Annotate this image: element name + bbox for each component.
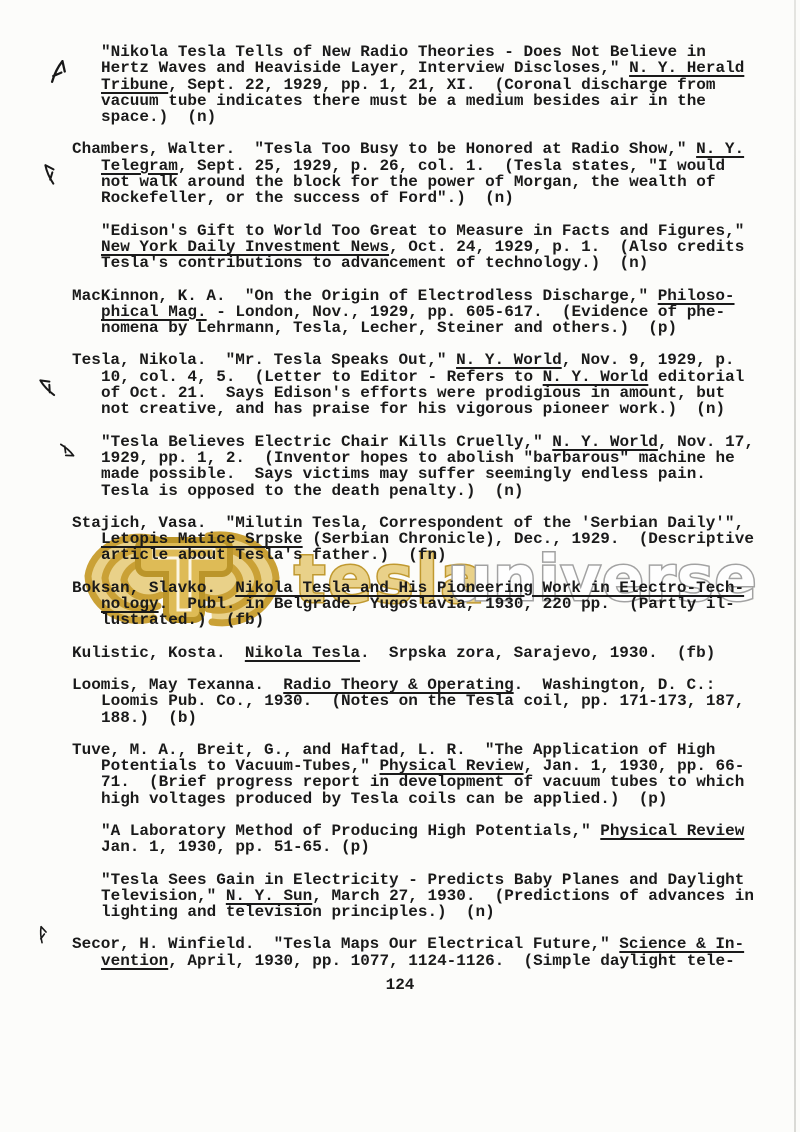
- entry-line: not creative, and has praise for his vig…: [101, 401, 778, 417]
- entry-text: made possible. Says victims may suffer s…: [101, 465, 706, 483]
- entry-text: . Publ. in Belgrade, Yugoslavia, 1930, 2…: [159, 595, 735, 613]
- entry-text: "A Laboratory Method of Producing High P…: [101, 822, 600, 840]
- entry-line: Tesla's contributions to advancement of …: [101, 255, 778, 271]
- bibliography-entry: Secor, H. Winfield. "Tesla Maps Our Elec…: [72, 936, 778, 969]
- entry-line: Potentials to Vacuum-Tubes," Physical Re…: [101, 758, 778, 774]
- publication-title: Tribune: [101, 76, 168, 94]
- publication-title: vention: [101, 952, 168, 970]
- entry-line: not walk around the block for the power …: [101, 174, 778, 190]
- entry-text: , Sept. 25, 1929, p. 26, col. 1. (Tesla …: [178, 157, 725, 175]
- entry-text: Jan. 1, 1930, pp. 51-65. (p): [101, 838, 370, 856]
- entry-text: Television,": [101, 887, 226, 905]
- page-number: 124: [0, 976, 800, 994]
- entry-text: . Washington, D. C.:: [514, 676, 716, 694]
- publication-title: N. Y.: [696, 140, 744, 158]
- publication-title: N. Y. Herald: [629, 59, 744, 77]
- entry-line: "Tesla Believes Electric Chair Kills Cru…: [101, 434, 778, 450]
- bibliography-entry: Stajich, Vasa. "Milutin Tesla, Correspon…: [72, 515, 778, 564]
- entry-text: , March 27, 1930. (Predictions of advanc…: [312, 887, 754, 905]
- entry-line: nomena by Lehrmann, Tesla, Lecher, Stein…: [101, 320, 778, 336]
- entry-text: Tesla is opposed to the death penalty.) …: [101, 482, 523, 500]
- entry-text: Hertz Waves and Heaviside Layer, Intervi…: [101, 59, 629, 77]
- entry-line: 71. (Brief progress report in developmen…: [101, 774, 778, 790]
- entry-line: Boksan, Slavko. Nikola Tesla and His Pio…: [72, 580, 778, 596]
- entry-text: Tuve, M. A., Breit, G., and Haftad, L. R…: [72, 741, 715, 759]
- entry-text: Boksan, Slavko.: [72, 579, 235, 597]
- entry-line: "Nikola Tesla Tells of New Radio Theorie…: [101, 44, 778, 60]
- entry-text: "Tesla Sees Gain in Electricity - Predic…: [101, 871, 744, 889]
- entry-text: MacKinnon, K. A. "On the Origin of Elect…: [72, 287, 658, 305]
- entry-line: vacuum tube indicates there must be a me…: [101, 93, 778, 109]
- entry-line: Chambers, Walter. "Tesla Too Busy to be …: [72, 141, 778, 157]
- entry-line: high voltages produced by Tesla coils ca…: [101, 791, 778, 807]
- entry-text: article about Tesla's father.) (fn): [101, 546, 447, 564]
- publication-title: Telegram: [101, 157, 178, 175]
- entry-text: 188.) (b): [101, 709, 197, 727]
- publication-title: New York Daily Investment News: [101, 238, 389, 256]
- publication-title: Letopis Matice Srpske: [101, 530, 303, 548]
- entry-text: Stajich, Vasa. "Milutin Tesla, Correspon…: [72, 514, 744, 532]
- publication-title: nology: [101, 595, 159, 613]
- bibliography-entry: "Tesla Sees Gain in Electricity - Predic…: [72, 872, 778, 921]
- entry-text: 71. (Brief progress report in developmen…: [101, 773, 744, 791]
- entry-text: space.) (n): [101, 108, 216, 126]
- entry-text: Kulistic, Kosta.: [72, 644, 245, 662]
- entry-line: phical Mag. - London, Nov., 1929, pp. 60…: [101, 304, 778, 320]
- entry-text: editorial: [648, 368, 744, 386]
- entry-line: made possible. Says victims may suffer s…: [101, 466, 778, 482]
- entry-line: Rockefeller, or the success of Ford".) (…: [101, 190, 778, 206]
- scan-edge-artifact: [794, 0, 796, 1132]
- entry-line: Tesla, Nikola. "Mr. Tesla Speaks Out," N…: [72, 352, 778, 368]
- publication-title: Science & In-: [619, 935, 744, 953]
- bibliography-entry: Kulistic, Kosta. Nikola Tesla. Srpska zo…: [72, 645, 778, 661]
- entry-text: - London, Nov., 1929, pp. 605-617. (Evid…: [207, 303, 725, 321]
- entry-text: , Jan. 1, 1930, pp. 66-: [523, 757, 744, 775]
- entry-line: "A Laboratory Method of Producing High P…: [101, 823, 778, 839]
- bibliography: "Nikola Tesla Tells of New Radio Theorie…: [72, 44, 778, 985]
- entry-line: nology. Publ. in Belgrade, Yugoslavia, 1…: [101, 596, 778, 612]
- publication-title: Nikola Tesla: [245, 644, 360, 662]
- entry-line: Television," N. Y. Sun, March 27, 1930. …: [101, 888, 778, 904]
- entry-text: Rockefeller, or the success of Ford".) (…: [101, 189, 514, 207]
- entry-text: not walk around the block for the power …: [101, 173, 716, 191]
- entry-line: Secor, H. Winfield. "Tesla Maps Our Elec…: [72, 936, 778, 952]
- entry-line: New York Daily Investment News, Oct. 24,…: [101, 239, 778, 255]
- entry-text: "Nikola Tesla Tells of New Radio Theorie…: [101, 43, 706, 61]
- entry-line: lustrated.) (fb): [101, 612, 778, 628]
- entry-text: Secor, H. Winfield. "Tesla Maps Our Elec…: [72, 935, 619, 953]
- entry-text: 1929, pp. 1, 2. (Inventor hopes to aboli…: [101, 449, 735, 467]
- publication-title: Philoso-: [658, 287, 735, 305]
- entry-text: lighting and television principles.) (n): [101, 903, 495, 921]
- entry-text: vacuum tube indicates there must be a me…: [101, 92, 706, 110]
- publication-title: Radio Theory & Operating: [283, 676, 513, 694]
- handwritten-margin-mark: [32, 924, 55, 950]
- entry-text: (Serbian Chronicle), Dec., 1929. (Descri…: [303, 530, 754, 548]
- entry-line: space.) (n): [101, 109, 778, 125]
- entry-text: , Oct. 24, 1929, p. 1. (Also credits: [389, 238, 744, 256]
- entry-line: vention, April, 1930, pp. 1077, 1124-112…: [101, 953, 778, 969]
- entry-line: Kulistic, Kosta. Nikola Tesla. Srpska zo…: [72, 645, 778, 661]
- publication-title: Physical Review: [379, 757, 523, 775]
- entry-text: "Edison's Gift to World Too Great to Mea…: [101, 222, 744, 240]
- entry-text: Tesla's contributions to advancement of …: [101, 254, 648, 272]
- handwritten-margin-mark: [35, 374, 67, 400]
- bibliography-entry: MacKinnon, K. A. "On the Origin of Elect…: [72, 288, 778, 337]
- entry-line: lighting and television principles.) (n): [101, 904, 778, 920]
- publication-title: N. Y. World: [456, 351, 562, 369]
- publication-title: Nikola Tesla and His Pioneering Work in …: [235, 579, 744, 597]
- entry-text: "Tesla Believes Electric Chair Kills Cru…: [101, 433, 552, 451]
- publication-title: N. Y. World: [552, 433, 658, 451]
- entry-line: Hertz Waves and Heaviside Layer, Intervi…: [101, 60, 778, 76]
- entry-text: . Srpska zora, Sarajevo, 1930. (fb): [360, 644, 715, 662]
- entry-text: , Sept. 22, 1929, pp. 1, 21, XI. (Corona…: [168, 76, 715, 94]
- bibliography-entry: Tesla, Nikola. "Mr. Tesla Speaks Out," N…: [72, 352, 778, 417]
- entry-line: 188.) (b): [101, 710, 778, 726]
- entry-text: , Nov. 17,: [658, 433, 754, 451]
- entry-line: Stajich, Vasa. "Milutin Tesla, Correspon…: [72, 515, 778, 531]
- entry-line: 10, col. 4, 5. (Letter to Editor - Refer…: [101, 369, 778, 385]
- handwritten-margin-mark: [49, 60, 70, 91]
- publication-title: N. Y. Sun: [226, 887, 312, 905]
- entry-text: , Nov. 9, 1929, p.: [562, 351, 735, 369]
- entry-line: Loomis Pub. Co., 1930. (Notes on the Tes…: [101, 693, 778, 709]
- entry-text: Chambers, Walter. "Tesla Too Busy to be …: [72, 140, 696, 158]
- entry-line: Letopis Matice Srpske (Serbian Chronicle…: [101, 531, 778, 547]
- entry-text: , April, 1930, pp. 1077, 1124-1126. (Sim…: [168, 952, 735, 970]
- entry-line: Telegram, Sept. 25, 1929, p. 26, col. 1.…: [101, 158, 778, 174]
- bibliography-entry: Boksan, Slavko. Nikola Tesla and His Pio…: [72, 580, 778, 629]
- bibliography-entry: Tuve, M. A., Breit, G., and Haftad, L. R…: [72, 742, 778, 807]
- entry-line: Tesla is opposed to the death penalty.) …: [101, 483, 778, 499]
- publication-title: N. Y. World: [543, 368, 649, 386]
- entry-text: Tesla, Nikola. "Mr. Tesla Speaks Out,": [72, 351, 456, 369]
- entry-line: Tuve, M. A., Breit, G., and Haftad, L. R…: [72, 742, 778, 758]
- entry-text: Potentials to Vacuum-Tubes,": [101, 757, 379, 775]
- document-page: tesla universe "Nikola Tesla Tells of Ne…: [0, 0, 800, 1132]
- entry-text: Loomis, May Texanna.: [72, 676, 283, 694]
- entry-line: Jan. 1, 1930, pp. 51-65. (p): [101, 839, 778, 855]
- entry-text: not creative, and has praise for his vig…: [101, 400, 725, 418]
- entry-text: nomena by Lehrmann, Tesla, Lecher, Stein…: [101, 319, 677, 337]
- bibliography-entry: "Nikola Tesla Tells of New Radio Theorie…: [72, 44, 778, 125]
- entry-text: of Oct. 21. Says Edison's efforts were p…: [101, 384, 725, 402]
- bibliography-entry: "A Laboratory Method of Producing High P…: [72, 823, 778, 856]
- entry-text: 10, col. 4, 5. (Letter to Editor - Refer…: [101, 368, 543, 386]
- entry-line: article about Tesla's father.) (fn): [101, 547, 778, 563]
- entry-line: 1929, pp. 1, 2. (Inventor hopes to aboli…: [101, 450, 778, 466]
- entry-line: of Oct. 21. Says Edison's efforts were p…: [101, 385, 778, 401]
- entry-text: high voltages produced by Tesla coils ca…: [101, 790, 668, 808]
- bibliography-entry: "Tesla Believes Electric Chair Kills Cru…: [72, 434, 778, 499]
- entry-line: Loomis, May Texanna. Radio Theory & Oper…: [72, 677, 778, 693]
- publication-title: phical Mag.: [101, 303, 207, 321]
- entry-text: Loomis Pub. Co., 1930. (Notes on the Tes…: [101, 692, 744, 710]
- bibliography-entry: Loomis, May Texanna. Radio Theory & Oper…: [72, 677, 778, 726]
- entry-line: "Edison's Gift to World Too Great to Mea…: [101, 223, 778, 239]
- entry-line: Tribune, Sept. 22, 1929, pp. 1, 21, XI. …: [101, 77, 778, 93]
- entry-line: MacKinnon, K. A. "On the Origin of Elect…: [72, 288, 778, 304]
- entry-text: lustrated.) (fb): [101, 611, 264, 629]
- bibliography-entry: Chambers, Walter. "Tesla Too Busy to be …: [72, 141, 778, 206]
- bibliography-entry: "Edison's Gift to World Too Great to Mea…: [72, 223, 778, 272]
- entry-line: "Tesla Sees Gain in Electricity - Predic…: [101, 872, 778, 888]
- publication-title: Physical Review: [600, 822, 744, 840]
- handwritten-margin-mark: [37, 160, 69, 191]
